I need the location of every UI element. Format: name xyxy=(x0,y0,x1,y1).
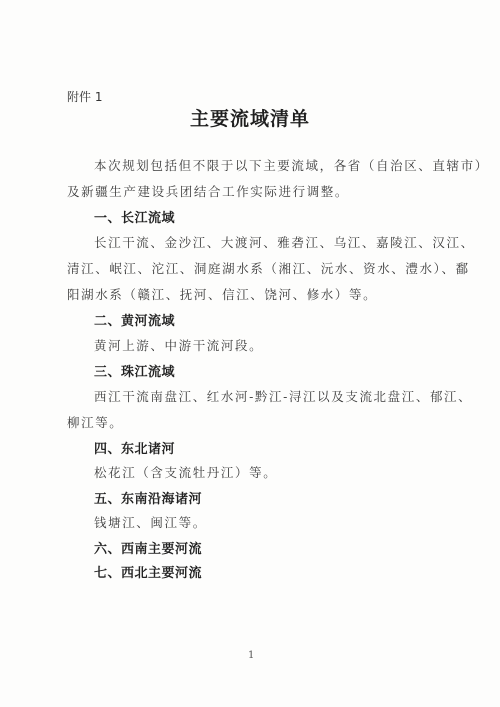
section-heading-2: 二、黄河流域 xyxy=(94,310,175,329)
section-heading-3: 三、珠江流域 xyxy=(94,361,175,380)
document-page: 附件 1 主要流域清单 本次规划包括但不限于以下主要流域，各省（自治区、直辖市）… xyxy=(0,0,500,707)
section-heading-6: 六、西南主要河流 xyxy=(94,538,202,557)
section-1-line-3: 阳湖水系（赣江、抚河、信江、饶河、修水）等。 xyxy=(67,285,377,303)
section-4-line-1: 松花江（含支流牡丹江）等。 xyxy=(94,463,277,481)
section-1-line-2: 清江、岷江、沱江、洞庭湖水系（湘江、沅水、资水、澧水）、鄱 xyxy=(67,259,470,277)
section-heading-5: 五、东南沿海诸河 xyxy=(94,488,202,507)
intro-line-1: 本次规划包括但不限于以下主要流域，各省（自治区、直辖市） xyxy=(94,156,489,174)
attachment-label: 附件 1 xyxy=(67,88,102,105)
section-3-line-1: 西江干流南盘江、红水河-黔江-浔江以及支流北盘江、郁江、 xyxy=(94,387,472,405)
section-heading-4: 四、东北诸河 xyxy=(94,438,175,457)
intro-line-2: 及新疆生产建设兵团结合工作实际进行调整。 xyxy=(67,182,349,200)
section-1-line-1: 长江干流、金沙江、大渡河、雅砻江、乌江、嘉陵江、汉江、 xyxy=(94,233,475,251)
section-heading-7: 七、西北主要河流 xyxy=(94,562,202,581)
section-3-line-2: 柳江等。 xyxy=(67,413,123,431)
section-2-line-1: 黄河上游、中游干流河段。 xyxy=(94,336,263,354)
page-number: 1 xyxy=(248,650,254,661)
section-5-line-1: 钱塘江、闽江等。 xyxy=(94,513,207,531)
section-heading-1: 一、长江流域 xyxy=(94,207,175,226)
page-title: 主要流域清单 xyxy=(0,104,500,131)
